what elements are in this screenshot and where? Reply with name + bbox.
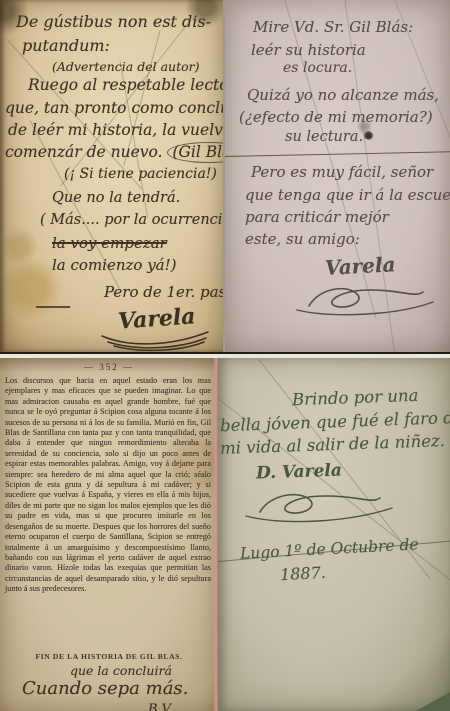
page-corner-fold	[412, 691, 450, 711]
handwritten-annotation: que la concluirá	[70, 663, 172, 678]
handwritten-line: su lectura.	[285, 129, 363, 145]
handwritten-line: putandum:	[22, 36, 110, 55]
handwritten-dash	[36, 306, 70, 308]
signature-rubric-flourish	[100, 326, 212, 350]
handwritten-line: Que no la tendrá.	[52, 190, 180, 206]
circled-gil-blas-note: (Gil Blas)	[167, 142, 225, 163]
handwritten-line: mi vida al salir de la niñez.	[220, 431, 445, 458]
handwritten-line: la comienzo yá!)	[52, 256, 177, 274]
handwritten-separator-line	[225, 151, 450, 157]
handwritten-line: que, tan pronto como concluya	[5, 99, 225, 117]
page-top-left-manuscript: De gústibus non est dis- putandum: (Adve…	[0, 0, 225, 352]
handwritten-line: de leér mi historia, la vuelva—	[8, 121, 225, 139]
handwritten-line-struck-out: la voy empezar	[52, 234, 167, 252]
handwritten-line: Pero de 1er. paso	[104, 283, 225, 301]
signature-rubric-flourish	[295, 280, 435, 322]
printed-body-text: Los discursos que hacia en aquel estado …	[5, 376, 211, 595]
handwritten-line: (Advertencia del autor)	[52, 59, 200, 74]
page-number: — 352 —	[0, 362, 218, 372]
page-bottom-left-printed: — 352 — Los discursos que hacia en aquel…	[0, 358, 218, 711]
handwritten-line: es locura.	[283, 60, 352, 76]
handwritten-line: para criticár mejór	[245, 208, 389, 226]
handwritten-line: Pero es muy fácil, señor	[251, 163, 433, 181]
varela-signature: Varela	[324, 252, 396, 280]
signature-rubric-flourish	[244, 486, 394, 530]
handwritten-line: que tenga que ir á la escuela	[245, 186, 450, 204]
handwritten-line: ( Más.... por la ocurrencia	[40, 212, 225, 228]
pencil-scratch	[395, 0, 450, 279]
page-bottom-right-dedication: Brindo por una bella jóven que fué el fa…	[218, 358, 450, 711]
handwritten-line: Ruego al respetable lector	[28, 76, 225, 94]
ink-blot	[363, 131, 374, 140]
handwritten-line: Mire Vd. Sr. Gil Blás:	[253, 18, 413, 36]
handwritten-line: (¿efecto de mi memoria?)	[239, 108, 433, 126]
handwritten-line: leér su historia	[251, 41, 366, 59]
handwritten-year: 1887.	[280, 563, 327, 584]
handwritten-line: (¡ Si tiene paciencia!)	[64, 166, 217, 182]
book-scan-composite: De gústibus non est dis- putandum: (Adve…	[0, 0, 450, 711]
fin-de-la-historia-line: FIN DE LA HISTORIA DE GIL BLAS.	[0, 652, 218, 661]
handwritten-line: comenzár de nuevo. (Gil Blas)	[5, 143, 225, 161]
handwritten-line: Quizá yo no alcanze más,	[247, 86, 439, 104]
handwritten-date-line: Lugo 1º de Octubre de	[240, 535, 419, 562]
varela-signature: D. Varela	[256, 461, 343, 484]
handwritten-annotation: Cuando sepa más.	[22, 678, 188, 699]
page-top-right-manuscript: Mire Vd. Sr. Gil Blás: leér su historia …	[225, 0, 450, 352]
handwritten-line: comenzár de nuevo.	[5, 143, 163, 161]
handwritten-initials: B.V.	[148, 702, 173, 711]
handwritten-line: De gústibus non est dis-	[16, 12, 211, 31]
handwritten-line: este, su amigo:	[245, 230, 360, 248]
handwritten-line: Brindo por una	[292, 386, 419, 409]
